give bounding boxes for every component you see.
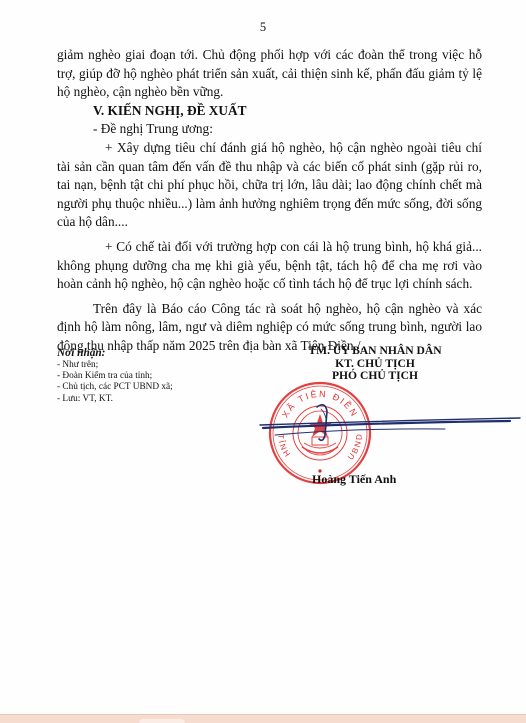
viewer-page-tab[interactable] xyxy=(139,719,185,723)
recipient-item: - Như trên; xyxy=(57,360,173,371)
signature-line-1: TM. ỦY BAN NHÂN DÂN xyxy=(300,345,450,358)
body-text: giảm nghèo giai đoạn tới. Chủ động phối … xyxy=(57,46,482,356)
page-number: 5 xyxy=(0,20,526,35)
proposal-item-2: + Có chế tài đối với trường hợp con cái … xyxy=(57,238,482,294)
signature-block: TM. ỦY BAN NHÂN DÂN KT. CHỦ TỊCH PHÓ CHỦ… xyxy=(300,345,450,383)
proposal-item-1: + Xây dựng tiêu chí đánh giá hộ nghèo, h… xyxy=(57,139,482,232)
viewer-bottom-bar xyxy=(0,714,526,723)
paragraph-continuation: giảm nghèo giai đoạn tới. Chủ động phối … xyxy=(57,46,482,102)
section-heading: V. KIẾN NGHỊ, ĐỀ XUẤT xyxy=(57,102,482,121)
recipient-item: - Lưu: VT, KT. xyxy=(57,394,173,405)
document-page: 5 giảm nghèo giai đoạn tới. Chủ động phố… xyxy=(0,0,526,714)
recipients-block: Nơi nhận: - Như trên; - Đoàn Kiểm tra củ… xyxy=(57,347,173,405)
signer-name: Hoàng Tiến Anh xyxy=(312,472,396,487)
handwritten-signature-icon xyxy=(255,395,526,455)
recipients-title: Nơi nhận: xyxy=(57,347,173,360)
recipient-item: - Chủ tịch, các PCT UBND xã; xyxy=(57,382,173,393)
recipient-item: - Đoàn Kiểm tra của tỉnh; xyxy=(57,371,173,382)
proposal-intro: - Đề nghị Trung ương: xyxy=(57,120,482,139)
